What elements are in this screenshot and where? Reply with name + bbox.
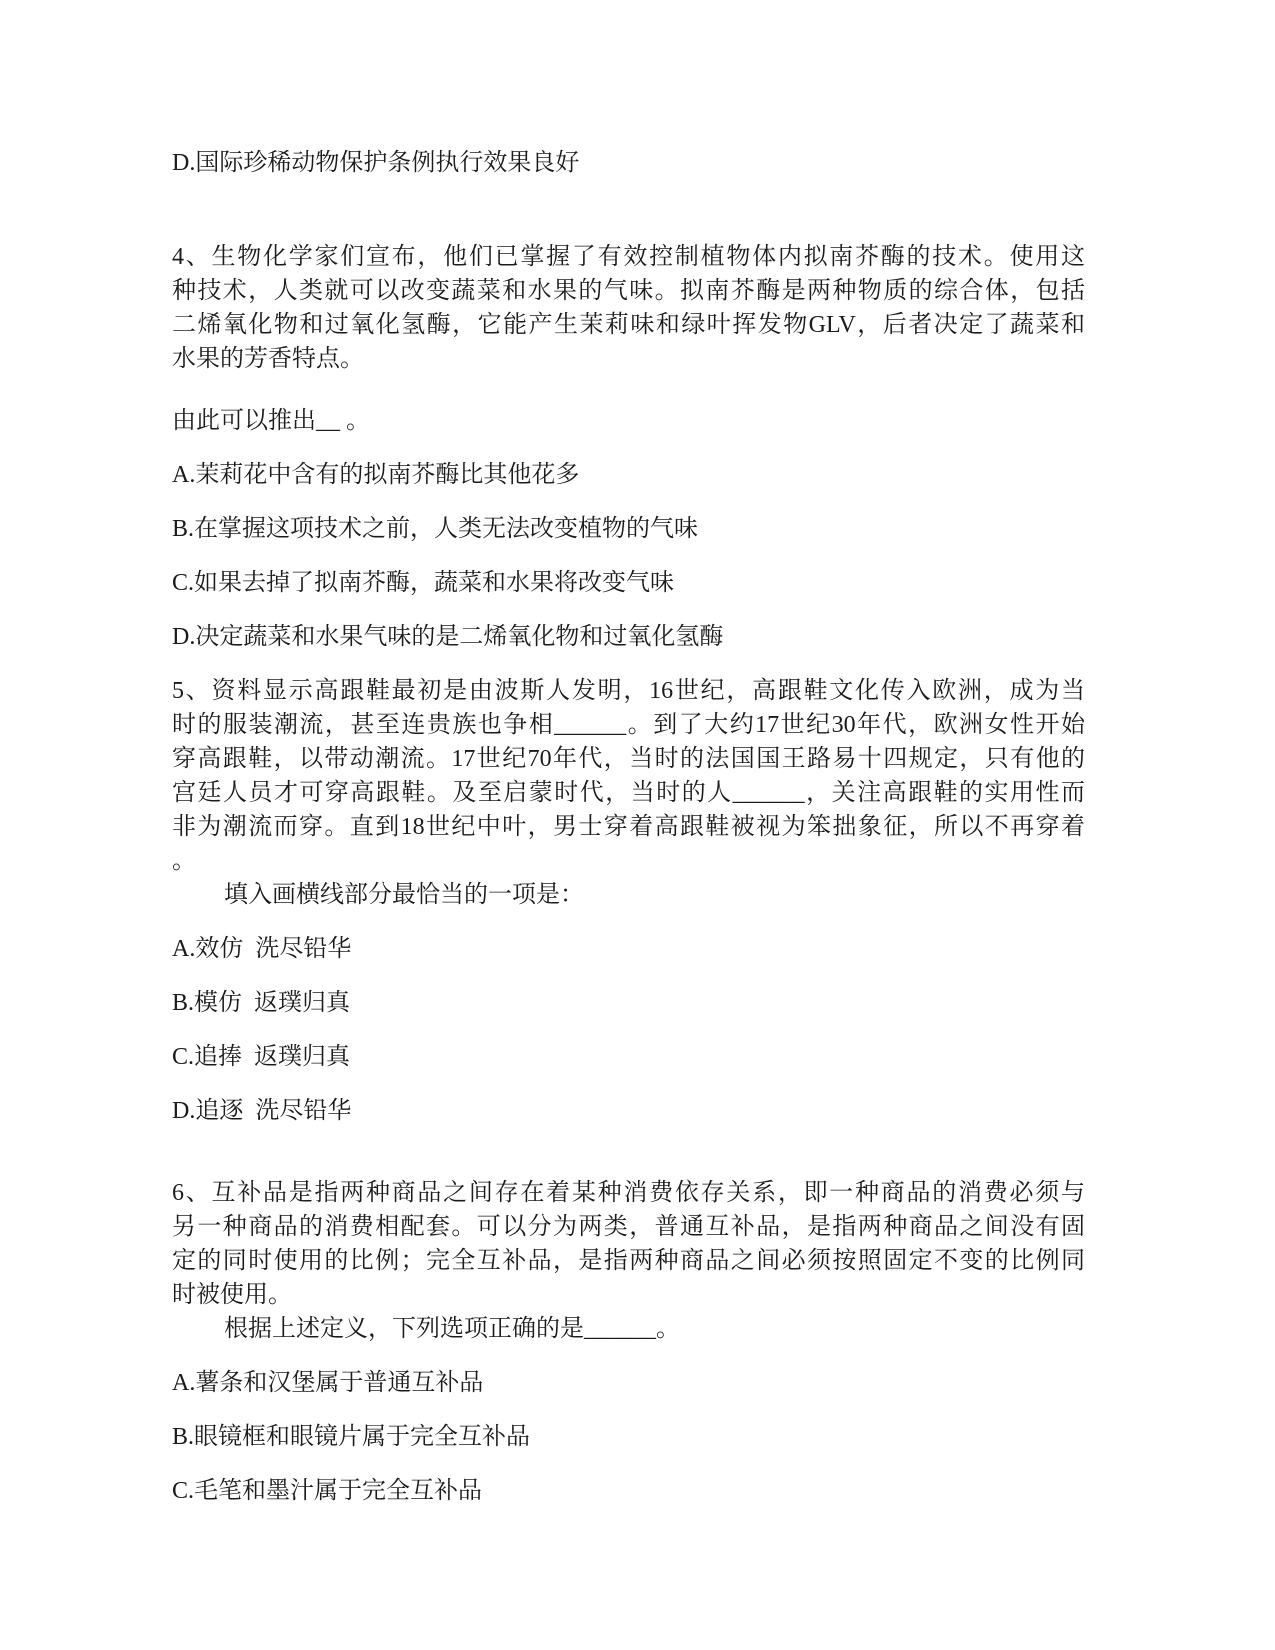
question-6-text-line: 另一种商品的消费相配套。可以分为两类，普通互补品，是指两种商品之间没有固: [172, 1210, 1085, 1244]
question-5-text-line: 穿高跟鞋，以带动潮流。17世纪70年代，当时的法国国王路易十四规定，只有他的: [172, 742, 1085, 776]
question-4-stem: 由此可以推出__ 。: [172, 404, 1085, 438]
question-6-option-a: A.薯条和汉堡属于普通互补品: [172, 1366, 1085, 1400]
question-4-text-line: 种技术，人类就可以改变蔬菜和水果的气味。拟南芥酶是两种物质的综合体，包括: [172, 274, 1085, 308]
question-5-option-d: D.追逐 洗尽铅华: [172, 1094, 1085, 1128]
question-4-option-a: A.茉莉花中含有的拟南芥酶比其他花多: [172, 458, 1085, 492]
question-5-stem: 填入画横线部分最恰当的一项是：: [172, 878, 1085, 912]
question-5-text-line: 。: [172, 844, 1085, 878]
question-4-option-d: D.决定蔬菜和水果气味的是二烯氧化物和过氧化氢酶: [172, 620, 1085, 654]
question-6-option-b: B.眼镜框和眼镜片属于完全互补品: [172, 1420, 1085, 1454]
question-5-text-line: 非为潮流而穿。直到18世纪中叶，男士穿着高跟鞋被视为笨拙象征，所以不再穿着: [172, 810, 1085, 844]
question-6-text-line: 定的同时使用的比例；完全互补品，是指两种商品之间必须按照固定不变的比例同: [172, 1244, 1085, 1278]
question-6: 6、互补品是指两种商品之间存在着某种消费依存关系，即一种商品的消费必须与 另一种…: [172, 1176, 1085, 1508]
question-5-text-line: 宫廷人员才可穿高跟鞋。及至启蒙时代，当时的人______，关注高跟鞋的实用性而: [172, 776, 1085, 810]
question-4-option-c: C.如果去掉了拟南芥酶，蔬菜和水果将改变气味: [172, 566, 1085, 600]
question-4-text-line: 二烯氧化物和过氧化氢酶，它能产生茉莉味和绿叶挥发物GLV，后者决定了蔬菜和: [172, 308, 1085, 342]
question-5-option-b: B.模仿 返璞归真: [172, 986, 1085, 1020]
question-5-option-c: C.追捧 返璞归真: [172, 1040, 1085, 1074]
question-3-option-d: D.国际珍稀动物保护条例执行效果良好: [172, 146, 1085, 180]
question-5: 5、资料显示高跟鞋最初是由波斯人发明，16世纪，高跟鞋文化传入欧洲，成为当 时的…: [172, 674, 1085, 1128]
exam-document-page: D.国际珍稀动物保护条例执行效果良好 4、生物化学家们宣布，他们已掌握了有效控制…: [0, 0, 1275, 1650]
question-6-text-line: 6、互补品是指两种商品之间存在着某种消费依存关系，即一种商品的消费必须与: [172, 1176, 1085, 1210]
question-4-option-b: B.在掌握这项技术之前，人类无法改变植物的气味: [172, 512, 1085, 546]
question-4: 4、生物化学家们宣布，他们已掌握了有效控制植物体内拟南芥酶的技术。使用这 种技术…: [172, 240, 1085, 654]
question-6-text-line: 时被使用。: [172, 1278, 1085, 1312]
question-6-stem: 根据上述定义，下列选项正确的是______。: [172, 1312, 1085, 1346]
question-6-option-c: C.毛笔和墨汁属于完全互补品: [172, 1474, 1085, 1508]
question-4-text-line: 水果的芳香特点。: [172, 342, 1085, 376]
question-5-option-a: A.效仿 洗尽铅华: [172, 932, 1085, 966]
question-5-text-line: 时的服装潮流，甚至连贵族也争相______。到了大约17世纪30年代，欧洲女性开…: [172, 708, 1085, 742]
question-4-text-line: 4、生物化学家们宣布，他们已掌握了有效控制植物体内拟南芥酶的技术。使用这: [172, 240, 1085, 274]
question-5-text-line: 5、资料显示高跟鞋最初是由波斯人发明，16世纪，高跟鞋文化传入欧洲，成为当: [172, 674, 1085, 708]
